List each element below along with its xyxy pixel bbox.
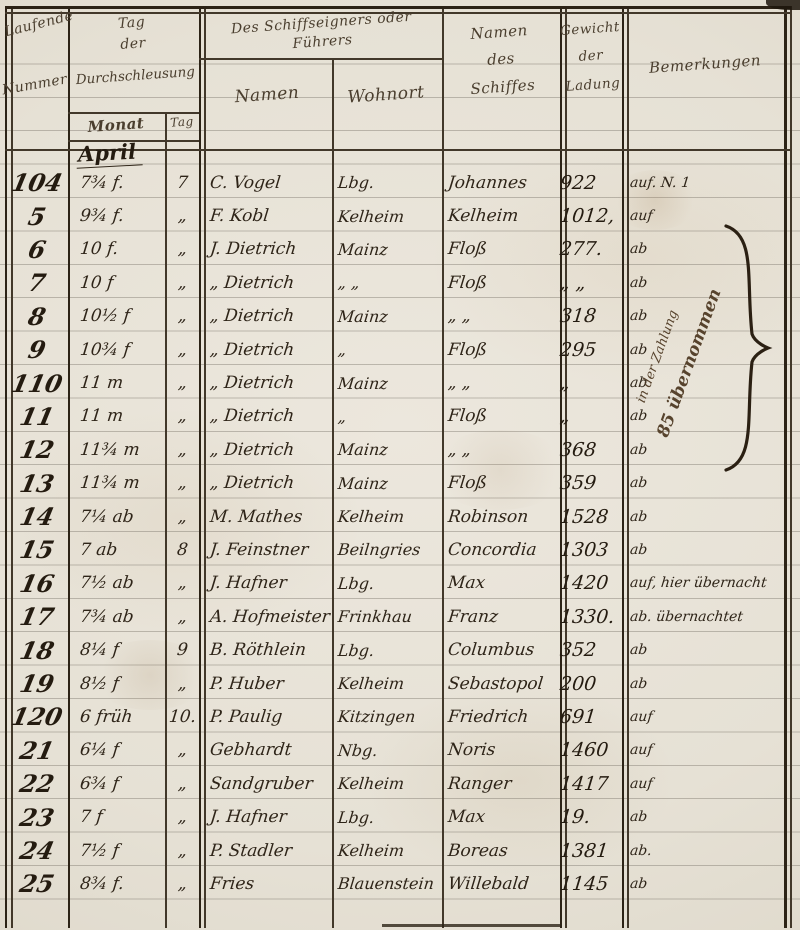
cell-laufende-nummer: 24 <box>3 836 71 865</box>
cell-wohnort: Lbg. <box>331 808 443 827</box>
cell-wohnort: Mainz <box>331 440 443 459</box>
cell-laufende-nummer: 15 <box>3 535 71 564</box>
table-row: 6 10 f. „ J. Dietrich Mainz Floß 277. ab <box>6 233 788 266</box>
cell-schiffsname: Floß <box>441 340 561 360</box>
cell-uhrzeit: 8¼ f <box>67 640 166 660</box>
cell-schiffer-name: „ Dietrich <box>199 273 333 293</box>
cell-uhrzeit: 6¼ f <box>67 740 166 760</box>
cell-laufende-nummer: 14 <box>3 502 71 531</box>
column-header-gewicht: Gewicht der Ladung <box>560 20 623 94</box>
cell-bemerkung: ab <box>621 542 789 558</box>
ledger-page: Laufende Nummer Tag der Durchschleusung … <box>0 0 800 930</box>
column-header-tag-der-durchschleusung: Tag der Durchschleusung <box>66 12 201 89</box>
cell-schiffer-name: P. Paulig <box>199 707 333 727</box>
table-row: 5 9¾ f. „ F. Kobl Kelheim Kelheim 1012, … <box>6 199 788 232</box>
cell-tag: „ <box>164 473 201 493</box>
header-text: Schiffes <box>445 75 560 99</box>
cell-uhrzeit: 10¾ f <box>67 340 166 360</box>
cell-bemerkung: ab. <box>621 843 789 859</box>
header-text: Namen <box>205 82 328 109</box>
cell-bemerkung: ab <box>621 676 789 692</box>
table-row: 120 6 früh 10. P. Paulig Kitzingen Fried… <box>6 700 788 733</box>
table-row: 15 7 ab 8 J. Feinstner Beilngries Concor… <box>6 533 788 566</box>
cell-wohnort: „ „ <box>331 273 443 292</box>
table-border-right-inner <box>790 6 792 928</box>
cell-gewicht: „ „ <box>559 272 623 294</box>
cell-schiffer-name: J. Hafner <box>199 807 333 827</box>
cell-wohnort: Mainz <box>331 374 443 393</box>
cell-schiffer-name: M. Mathes <box>199 507 333 527</box>
column-header-laufende: Laufende <box>3 11 67 41</box>
cell-laufende-nummer: 104 <box>3 168 71 197</box>
cell-bemerkung: ab <box>621 642 789 658</box>
cell-wohnort: Lbg. <box>331 641 443 660</box>
header-text: Durchschleusung <box>69 64 201 88</box>
header-fuehrer-subline <box>199 58 442 60</box>
cell-schiffer-name: F. Kobl <box>199 206 333 226</box>
cell-wohnort: Kitzingen <box>331 707 443 726</box>
cell-gewicht: 691 <box>559 706 623 728</box>
cell-uhrzeit: 8½ f <box>67 674 166 694</box>
cell-gewicht: 1145 <box>559 873 623 895</box>
cell-schiffer-name: B. Röthlein <box>199 640 333 660</box>
cell-wohnort: Mainz <box>331 307 443 326</box>
cell-schiffsname: „ „ <box>441 373 561 393</box>
column-header-schiffsname: Namen des Schiffes <box>442 20 561 99</box>
header-text: der <box>67 33 199 57</box>
ledger-rows: 104 7¾ f. 7 C. Vogel Lbg. Johannes 922 a… <box>6 166 788 901</box>
cell-uhrzeit: 11¾ m <box>67 473 166 493</box>
cell-schiffer-name: „ Dietrich <box>199 406 333 426</box>
cell-gewicht: 1528 <box>559 506 623 528</box>
cell-tag: 10. <box>164 707 201 727</box>
header-text: Wohnort <box>333 82 438 108</box>
column-header-bemerkungen: Bemerkungen <box>630 51 781 78</box>
cell-gewicht: 352 <box>559 639 623 661</box>
cell-gewicht: 295 <box>559 339 623 361</box>
cell-tag: „ <box>164 206 201 226</box>
cell-wohnort: Kelheim <box>331 207 443 226</box>
cell-schiffsname: Noris <box>441 740 561 760</box>
cell-uhrzeit: 7¼ ab <box>67 507 166 527</box>
cell-wohnort: Lbg. <box>331 173 443 192</box>
cell-laufende-nummer: 21 <box>3 736 71 765</box>
cell-bemerkung: ab <box>621 475 789 491</box>
cell-laufende-nummer: 110 <box>3 369 71 398</box>
cell-gewicht: 922 <box>559 172 623 194</box>
cell-uhrzeit: 7½ ab <box>67 573 166 593</box>
header-text: Gewicht <box>560 20 619 39</box>
cell-laufende-nummer: 6 <box>3 235 71 264</box>
cell-schiffsname: „ „ <box>441 440 561 460</box>
cell-schiffsname: Floß <box>441 473 561 493</box>
table-row: 17 7¾ ab „ A. Hofmeister Frinkhau Franz … <box>6 600 788 633</box>
cell-tag: „ <box>164 774 201 794</box>
cell-bemerkung: auf <box>621 709 789 725</box>
cell-schiffsname: Robinson <box>441 507 561 527</box>
scan-corner-smudge <box>766 0 800 10</box>
cell-tag: „ <box>164 573 201 593</box>
cell-gewicht: 1460 <box>559 739 623 761</box>
cell-tag: 8 <box>164 540 201 560</box>
cell-wohnort: Mainz <box>331 474 443 493</box>
cell-schiffer-name: Fries <box>199 874 333 894</box>
cell-schiffsname: Boreas <box>441 841 561 861</box>
cell-uhrzeit: 7 f <box>67 807 166 827</box>
table-border-top-outer <box>5 6 791 9</box>
cell-tag: „ <box>164 507 201 527</box>
header-text: Namen <box>442 20 557 44</box>
cell-laufende-nummer: 19 <box>3 669 71 698</box>
cell-wohnort: „ <box>331 407 443 426</box>
cell-gewicht: „ <box>559 372 623 394</box>
cell-schiffer-name: „ Dietrich <box>199 306 333 326</box>
cell-schiffsname: Floß <box>441 406 561 426</box>
cell-schiffer-name: „ Dietrich <box>199 373 333 393</box>
table-row: 104 7¾ f. 7 C. Vogel Lbg. Johannes 922 a… <box>6 166 788 199</box>
cell-schiffer-name: „ Dietrich <box>199 473 333 493</box>
cell-gewicht: 359 <box>559 472 623 494</box>
cell-laufende-nummer: 5 <box>3 202 71 231</box>
cell-wohnort: Frinkhau <box>331 607 443 626</box>
cell-bemerkung: ab <box>621 809 789 825</box>
cell-wohnort: Kelheim <box>331 841 443 860</box>
cell-schiffsname: Floß <box>441 273 561 293</box>
cell-schiffsname: Floß <box>441 239 561 259</box>
cell-bemerkung: ab <box>621 509 789 525</box>
cell-laufende-nummer: 25 <box>3 869 71 898</box>
cell-wohnort: „ <box>331 340 443 359</box>
cell-laufende-nummer: 16 <box>3 569 71 598</box>
cell-gewicht: 277. <box>559 238 623 260</box>
cell-gewicht: 1012, <box>559 205 623 227</box>
table-row: 25 8¾ f. „ Fries Blauenstein Willebald 1… <box>6 867 788 900</box>
cell-tag: „ <box>164 440 201 460</box>
table-row: 19 8½ f „ P. Huber Kelheim Sebastopol 20… <box>6 667 788 700</box>
cell-gewicht: 1330. <box>559 606 623 628</box>
cell-uhrzeit: 7½ f <box>67 841 166 861</box>
cell-tag: „ <box>164 273 201 293</box>
cell-wohnort: Nbg. <box>331 741 443 760</box>
cell-uhrzeit: 7 ab <box>67 540 166 560</box>
cell-gewicht: 1420 <box>559 572 623 594</box>
cell-schiffsname: Concordia <box>441 540 561 560</box>
cell-schiffer-name: J. Feinstner <box>199 540 333 560</box>
cell-tag: „ <box>164 607 201 627</box>
cell-laufende-nummer: 13 <box>3 469 71 498</box>
cell-gewicht: 19. <box>559 806 623 828</box>
cell-uhrzeit: 11 m <box>67 406 166 426</box>
cell-laufende-nummer: 22 <box>3 769 71 798</box>
scan-bottom-edge-mark <box>382 924 562 927</box>
table-row: 7 10 f „ „ Dietrich „ „ Floß „ „ ab <box>6 266 788 299</box>
cell-tag: „ <box>164 373 201 393</box>
cell-uhrzeit: 7¾ ab <box>67 607 166 627</box>
cell-schiffsname: Franz <box>441 607 561 627</box>
cell-schiffsname: Johannes <box>441 173 561 193</box>
cell-gewicht: 318 <box>559 305 623 327</box>
annotation-brace <box>712 222 776 474</box>
cell-schiffsname: Friedrich <box>441 707 561 727</box>
cell-bemerkung: auf <box>621 776 789 792</box>
subcolumn-header-namen: Namen <box>205 82 328 109</box>
cell-bemerkung: auf <box>621 742 789 758</box>
table-row: 24 7½ f „ P. Stadler Kelheim Boreas 1381… <box>6 834 788 867</box>
cell-schiffer-name: P. Stadler <box>199 841 333 861</box>
table-row: 14 7¼ ab „ M. Mathes Kelheim Robinson 15… <box>6 500 788 533</box>
header-text: der <box>561 47 620 66</box>
cell-tag: „ <box>164 740 201 760</box>
cell-laufende-nummer: 8 <box>3 302 71 331</box>
cell-bemerkung: auf, hier übernacht <box>621 575 789 591</box>
header-tag-subline <box>68 112 199 114</box>
cell-schiffsname: Max <box>441 573 561 593</box>
table-row: 23 7 f „ J. Hafner Lbg. Max 19. ab <box>6 800 788 833</box>
header-text: Bemerkungen <box>630 51 781 78</box>
cell-schiffer-name: J. Dietrich <box>199 239 333 259</box>
cell-tag: „ <box>164 841 201 861</box>
cell-laufende-nummer: 18 <box>3 636 71 665</box>
subcolumn-header-tag: Tag <box>165 115 200 131</box>
header-text: Monat <box>70 114 163 137</box>
cell-uhrzeit: 6¾ f <box>67 774 166 794</box>
cell-schiffsname: Willebald <box>441 874 561 894</box>
cell-uhrzeit: 8¾ f. <box>67 874 166 894</box>
header-text: Laufende <box>3 11 67 41</box>
cell-uhrzeit: 11¾ m <box>67 440 166 460</box>
cell-gewicht: 1381 <box>559 840 623 862</box>
table-row: 21 6¼ f „ Gebhardt Nbg. Noris 1460 auf <box>6 734 788 767</box>
cell-wohnort: Blauenstein <box>331 874 443 893</box>
cell-tag: „ <box>164 674 201 694</box>
subcolumn-header-monat: Monat <box>70 114 163 137</box>
cell-gewicht: 1303 <box>559 539 623 561</box>
cell-tag: „ <box>164 406 201 426</box>
cell-laufende-nummer: 17 <box>3 602 71 631</box>
cell-bemerkung: ab <box>621 876 789 892</box>
cell-wohnort: Kelheim <box>331 507 443 526</box>
column-header-schiffseigner: Des Schiffseigners oder Führers <box>205 8 439 59</box>
cell-tag: „ <box>164 807 201 827</box>
cell-wohnort: Beilngries <box>331 540 443 559</box>
cell-uhrzeit: 7¾ f. <box>67 173 166 193</box>
cell-schiffer-name: „ Dietrich <box>199 340 333 360</box>
cell-schiffer-name: Sandgruber <box>199 774 333 794</box>
cell-tag: „ <box>164 306 201 326</box>
cell-bemerkung: ab. übernachtet <box>621 609 789 625</box>
header-text: des <box>443 47 558 71</box>
cell-tag: 9 <box>164 640 201 660</box>
cell-tag: „ <box>164 874 201 894</box>
cell-wohnort: Lbg. <box>331 574 443 593</box>
header-text: Tag <box>165 115 200 131</box>
header-text: Ladung <box>563 76 622 95</box>
cell-uhrzeit: 10½ f <box>67 306 166 326</box>
cell-uhrzeit: 6 früh <box>67 707 166 727</box>
cell-laufende-nummer: 7 <box>3 268 71 297</box>
cell-laufende-nummer: 120 <box>3 702 71 731</box>
cell-schiffsname: Sebastopol <box>441 674 561 694</box>
cell-schiffer-name: C. Vogel <box>199 173 333 193</box>
cell-schiffer-name: Gebhardt <box>199 740 333 760</box>
cell-gewicht: 200 <box>559 673 623 695</box>
cell-uhrzeit: 9¾ f. <box>67 206 166 226</box>
cell-tag: „ <box>164 340 201 360</box>
cell-wohnort: Mainz <box>331 240 443 259</box>
cell-gewicht: „ <box>559 405 623 427</box>
cell-schiffsname: Columbus <box>441 640 561 660</box>
cell-laufende-nummer: 12 <box>3 435 71 464</box>
cell-schiffsname: Max <box>441 807 561 827</box>
cell-uhrzeit: 11 m <box>67 373 166 393</box>
cell-schiffer-name: P. Huber <box>199 674 333 694</box>
table-row: 22 6¾ f „ Sandgruber Kelheim Ranger 1417… <box>6 767 788 800</box>
cell-wohnort: Kelheim <box>331 674 443 693</box>
cell-bemerkung: auf. N. 1 <box>621 175 789 191</box>
table-row: 13 11¾ m „ „ Dietrich Mainz Floß 359 ab <box>6 467 788 500</box>
cell-schiffer-name: J. Hafner <box>199 573 333 593</box>
month-label: April <box>75 138 142 168</box>
cell-wohnort: Kelheim <box>331 774 443 793</box>
cell-tag: 7 <box>164 173 201 193</box>
header-text: Tag <box>66 12 198 36</box>
table-row: 18 8¼ f 9 B. Röthlein Lbg. Columbus 352 … <box>6 633 788 666</box>
subcolumn-header-wohnort: Wohnort <box>333 82 438 108</box>
table-row: 16 7½ ab „ J. Hafner Lbg. Max 1420 auf, … <box>6 567 788 600</box>
cell-laufende-nummer: 23 <box>3 803 71 832</box>
cell-uhrzeit: 10 f. <box>67 239 166 259</box>
cell-tag: „ <box>164 239 201 259</box>
cell-schiffsname: Ranger <box>441 774 561 794</box>
cell-schiffsname: „ „ <box>441 306 561 326</box>
cell-schiffsname: Kelheim <box>441 206 561 226</box>
cell-uhrzeit: 10 f <box>67 273 166 293</box>
cell-schiffer-name: „ Dietrich <box>199 440 333 460</box>
cell-laufende-nummer: 9 <box>3 335 71 364</box>
cell-gewicht: 368 <box>559 439 623 461</box>
cell-laufende-nummer: 11 <box>3 402 71 431</box>
cell-gewicht: 1417 <box>559 773 623 795</box>
cell-schiffer-name: A. Hofmeister <box>199 607 333 627</box>
